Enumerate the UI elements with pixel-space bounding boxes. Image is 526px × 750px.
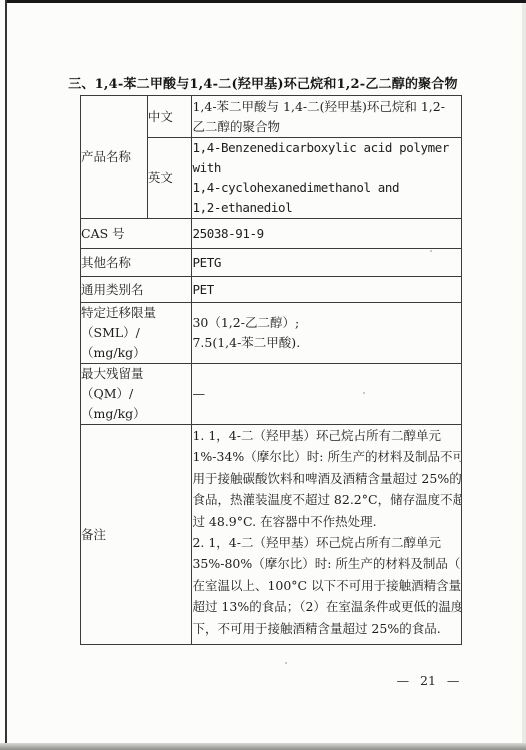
product-name-label: 产品名称 [81,96,148,219]
remarks-line: 过 48.9°C. 在容器中不作热处理. [192,511,461,532]
remarks-label: 备注 [81,425,192,645]
chinese-name-line2: 乙二醇的聚合物 [192,117,461,137]
remarks-line: 1. 1，4-二（羟甲基）环己烷占所有二醇单元 [192,425,461,446]
section-title: 三、1,4-苯二甲酸与1,4-二(羟甲基)环己烷和1,2-乙二醇的聚合物 [0,73,526,92]
qm-value: — [192,364,462,425]
sml-value-line1: 30（1,2-乙二醇）; [192,313,461,333]
sml-label-line2: （SML）/（mg/kg） [81,323,191,363]
row-qm: 最大残留量（QM）/ （mg/kg） — [81,364,462,425]
other-name-label: 其他名称 [81,249,192,277]
qm-label: 最大残留量（QM）/ （mg/kg） [81,364,192,425]
row-product-name-chinese: 产品名称 中文 1,4-苯二甲酸与 1,4-二(羟甲基)环己烷和 1,2- 乙二… [81,96,462,138]
remarks-line: 35%-80%（摩尔比）时: 所生产的材料及制品（1） [192,553,461,574]
row-sml: 特定迁移限量 （SML）/（mg/kg） 30（1,2-乙二醇）; 7.5(1,… [81,303,462,364]
qm-label-line1: 最大残留量（QM）/ [81,364,191,404]
remarks-line: 超过 13%的食品；（2）在室温条件或更低的温度 [192,596,461,617]
cas-value: 25038-91-9 [192,219,462,249]
scan-edge-left [5,0,7,745]
cas-label: CAS 号 [81,219,192,249]
remarks-line: 下，不可用于接触酒精含量超过 25%的食品. [192,618,461,639]
sml-value: 30（1,2-乙二醇）; 7.5(1,4-苯二甲酸). [192,303,462,364]
scan-speckle [285,662,287,664]
remarks-line: 2. 1，4-二（羟甲基）环己烷占所有二醇单元 [192,532,461,553]
scan-edge-bottom [0,743,526,750]
sml-value-line2: 7.5(1,4-苯二甲酸). [192,333,461,353]
scan-edge-right [522,3,526,743]
english-name-line3: 1,2-ethanediol [192,198,461,218]
english-name-value: 1,4-Benzenedicarboxylic acid polymer wit… [192,138,462,219]
scan-edge-top [7,0,526,3]
remarks-line: 用于接触碳酸饮料和啤酒及酒精含量超过 25%的 [192,468,461,489]
page-number: — 21 — [396,673,460,688]
sml-label: 特定迁移限量 （SML）/（mg/kg） [81,303,192,364]
remarks-line: 食品，热灌装温度不超过 82.2°C，储存温度不超 [192,489,461,510]
row-generic-class: 通用类别名 PET [81,277,462,303]
english-name-line2: 1,4-cyclohexanedimethanol and [192,178,461,198]
english-name-line1: 1,4-Benzenedicarboxylic acid polymer wit… [192,138,461,178]
row-remarks: 备注 1. 1，4-二（羟甲基）环己烷占所有二醇单元 1%-34%（摩尔比）时:… [81,425,462,645]
chinese-label: 中文 [147,96,192,138]
chinese-name-value: 1,4-苯二甲酸与 1,4-二(羟甲基)环己烷和 1,2- 乙二醇的聚合物 [192,96,462,138]
chinese-name-line1: 1,4-苯二甲酸与 1,4-二(羟甲基)环己烷和 1,2- [192,97,461,117]
remarks-line: 在室温以上、100°C 以下不可用于接触酒精含量 [192,575,461,596]
english-label: 英文 [147,138,192,219]
generic-class-label: 通用类别名 [81,277,192,303]
remarks-value: 1. 1，4-二（羟甲基）环己烷占所有二醇单元 1%-34%（摩尔比）时: 所生… [192,425,462,645]
sml-label-line1: 特定迁移限量 [81,303,191,323]
row-cas-number: CAS 号 25038-91-9 [81,219,462,249]
other-name-value: PETG [192,249,462,277]
qm-label-line2: （mg/kg） [81,404,191,424]
product-info-table: 产品名称 中文 1,4-苯二甲酸与 1,4-二(羟甲基)环己烷和 1,2- 乙二… [80,95,462,645]
row-other-name: 其他名称 PETG [81,249,462,277]
generic-class-value: PET [192,277,462,303]
scanned-page: 三、1,4-苯二甲酸与1,4-二(羟甲基)环己烷和1,2-乙二醇的聚合物 产品名… [0,0,526,750]
remarks-line: 1%-34%（摩尔比）时: 所生产的材料及制品不可 [192,446,461,467]
